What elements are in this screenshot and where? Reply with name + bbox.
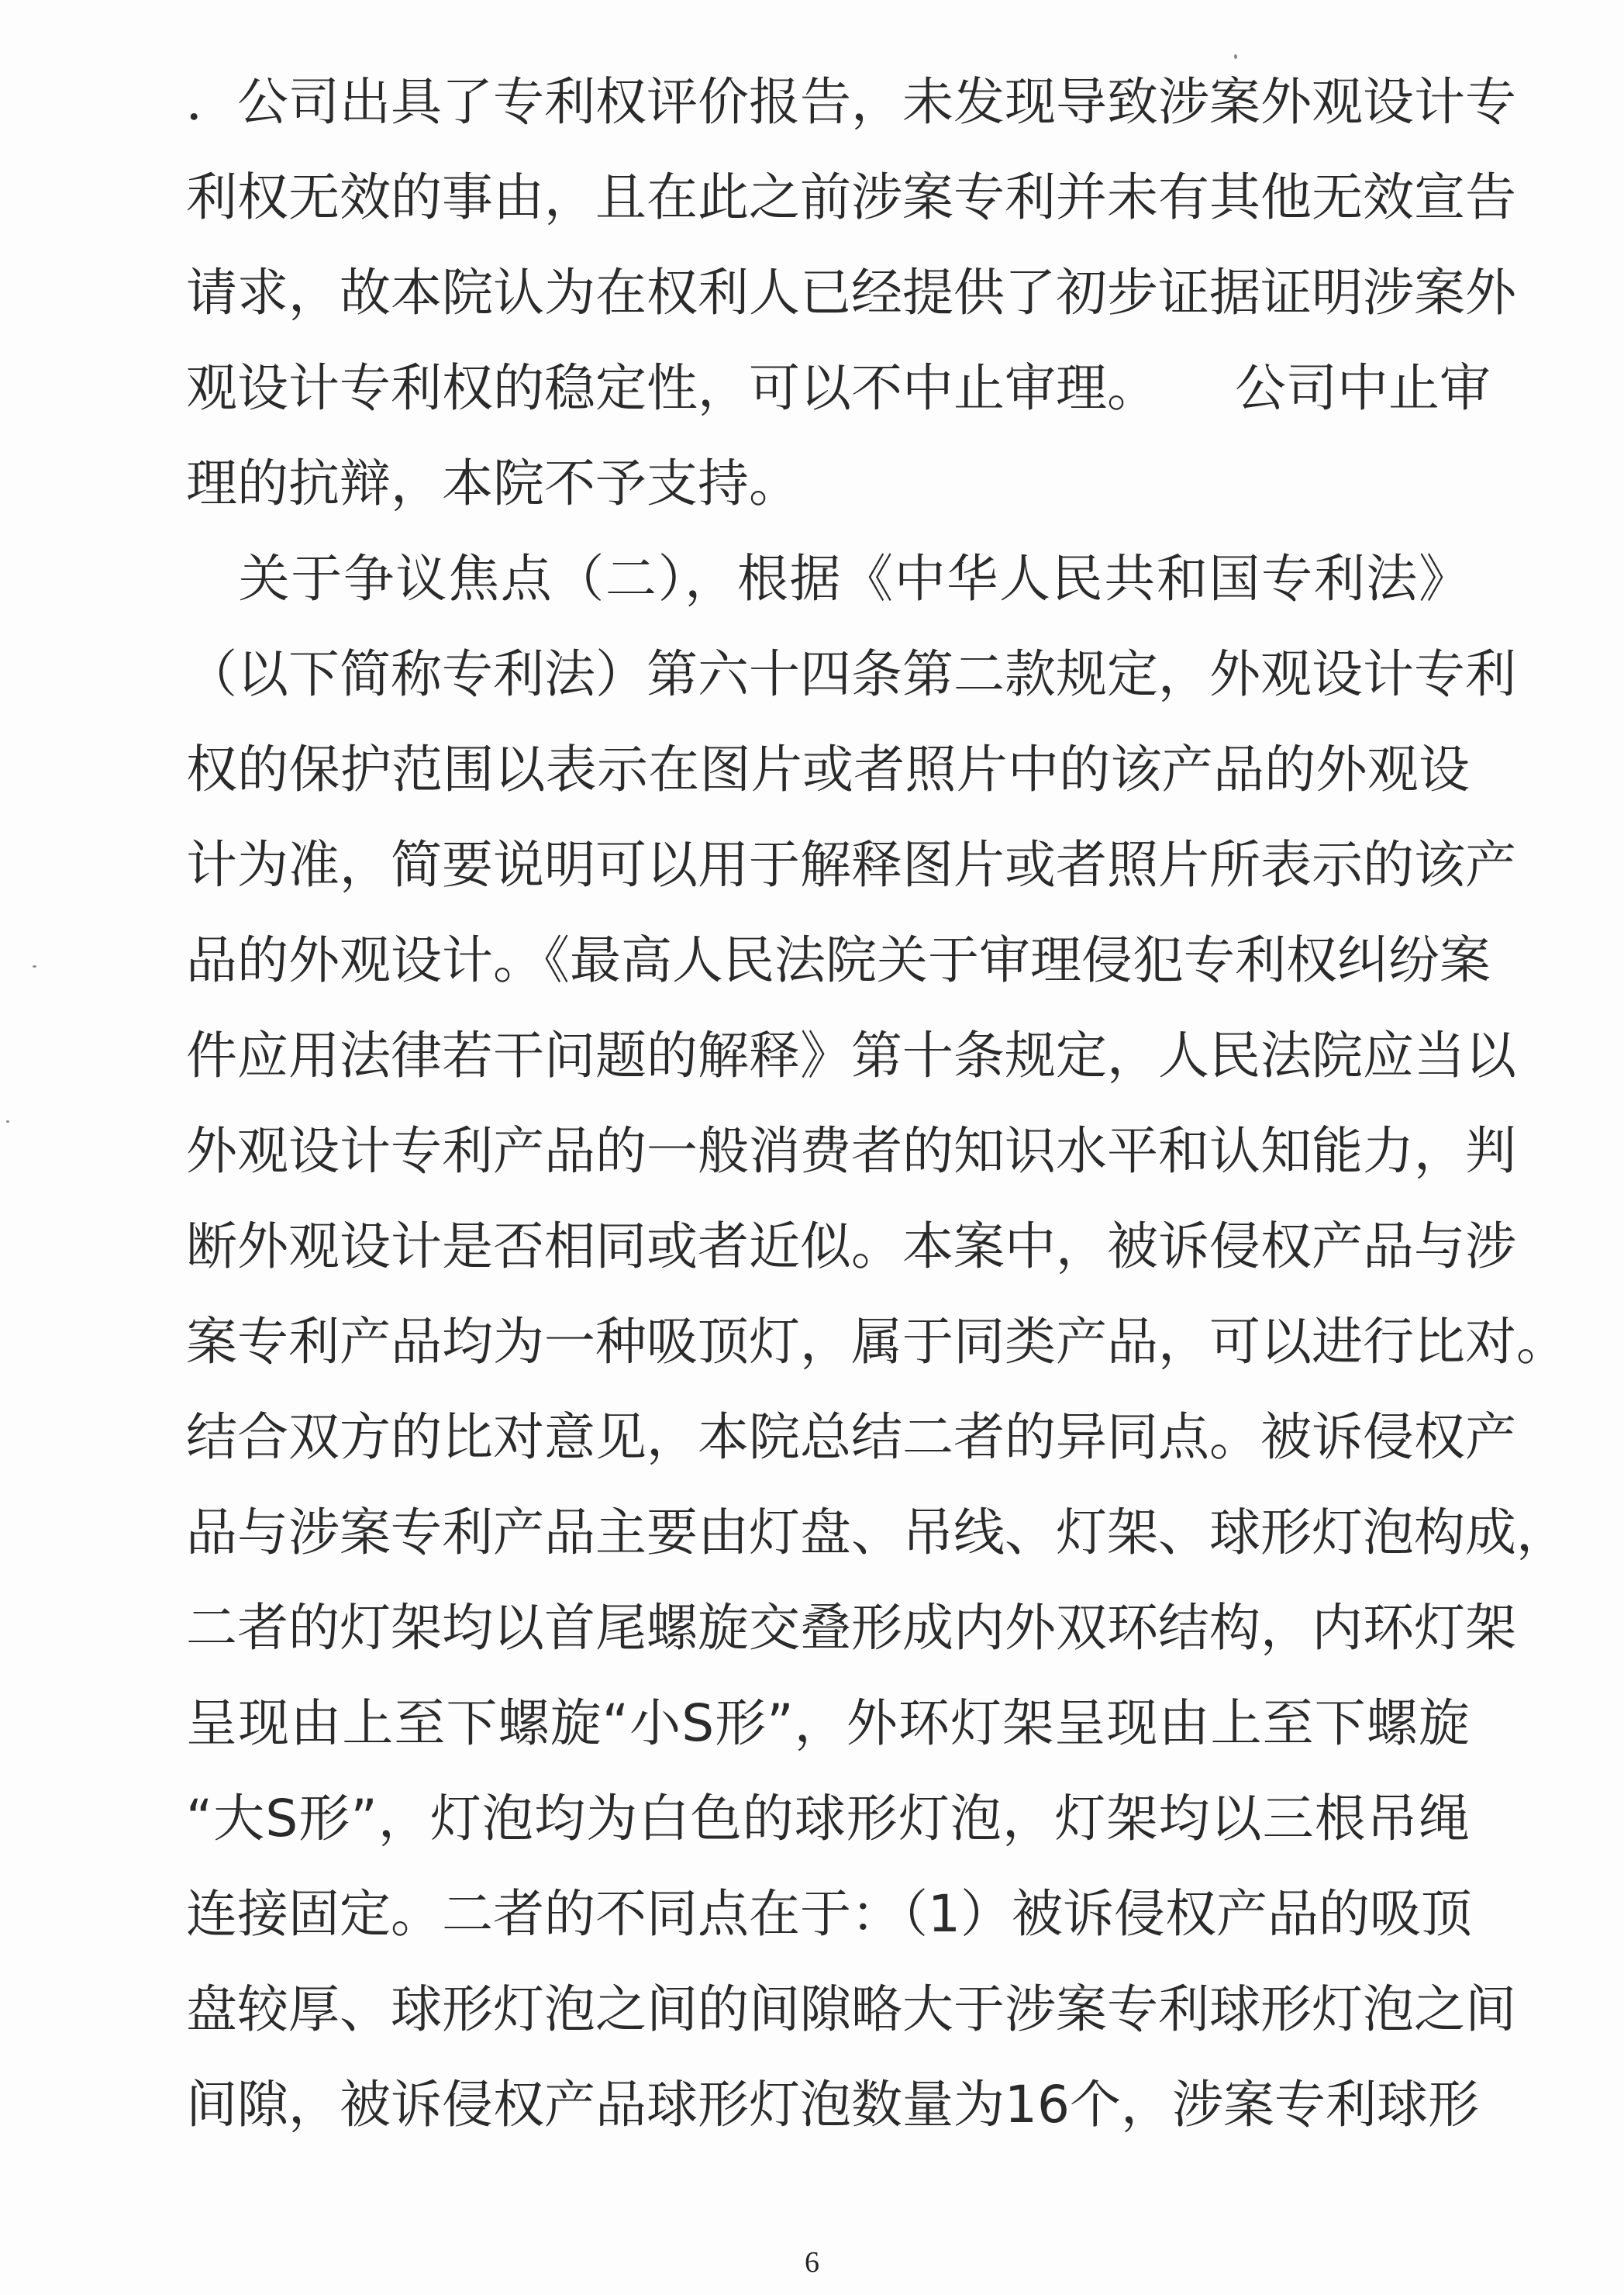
text-line: 请求，故本院认为在权利人已经提供了初步证据证明涉案外 bbox=[186, 256, 1470, 330]
text-line: 二者的灯架均以首尾螺旋交叠形成内外双环结构，内环灯架 bbox=[186, 1591, 1470, 1665]
scan-speck bbox=[6, 1120, 9, 1123]
text-line: 品与涉案专利产品主要由灯盘、吊线、灯架、球形灯泡构成， bbox=[186, 1496, 1470, 1570]
text-line: 结合双方的比对意见，本院总结二者的异同点。被诉侵权产 bbox=[186, 1400, 1470, 1475]
text-line: 断外观设计是否相同或者近似。本案中，被诉侵权产品与涉 bbox=[186, 1210, 1470, 1284]
text-line: 盘较厚、球形灯泡之间的间隙略大于涉案专利球形灯泡之间 bbox=[186, 1972, 1470, 2047]
text-line: 件应用法律若干问题的解释》第十条规定，人民法院应当以 bbox=[186, 1019, 1470, 1093]
text-line: 间隙，被诉侵权产品球形灯泡数量为16个，涉案专利球形 bbox=[186, 2068, 1470, 2142]
text-line: ．公司出具了专利权评价报告，未发现导致涉案外观设计专 bbox=[186, 65, 1470, 140]
text-line: 理的抗辩，本院不予支持。 bbox=[186, 447, 1470, 521]
text-line: 权的保护范围以表示在图片或者照片中的该产品的外观设 bbox=[186, 733, 1470, 807]
text-line: 品的外观设计。《最高人民法院关于审理侵犯专利权纠纷案 bbox=[186, 923, 1470, 998]
text-line: 关于争议焦点（二），根据《中华人民共和国专利法》 bbox=[186, 542, 1470, 616]
text-line: 利权无效的事由，且在此之前涉案专利并未有其他无效宣告 bbox=[186, 160, 1470, 235]
page-number: 6 bbox=[0, 2245, 1624, 2279]
text-line: “大S形”，灯泡均为白色的球形灯泡，灯架均以三根吊绳 bbox=[186, 1782, 1470, 1856]
text-line: 计为准，简要说明可以用于解释图片或者照片所表示的该产 bbox=[186, 828, 1470, 902]
document-page: ．公司出具了专利权评价报告，未发现导致涉案外观设计专 利权无效的事由，且在此之前… bbox=[0, 0, 1624, 2295]
text-line: 案专利产品均为一种吸顶灯，属于同类产品，可以进行比对。 bbox=[186, 1305, 1470, 1379]
text-line: 观设计专利权的稳定性，可以不中止审理。 公司中止审 bbox=[186, 351, 1470, 426]
text-line: 呈现由上至下螺旋“小S形”，外环灯架呈现由上至下螺旋 bbox=[186, 1686, 1470, 1761]
text-line: 外观设计专利产品的一般消费者的知识水平和认知能力，判 bbox=[186, 1114, 1470, 1189]
text-line: 连接固定。二者的不同点在于：（1）被诉侵权产品的吸顶 bbox=[186, 1877, 1470, 1952]
scan-speck bbox=[1234, 54, 1237, 59]
text-line: （以下简称专利法）第六十四条第二款规定，外观设计专利 bbox=[186, 637, 1470, 712]
scan-speck bbox=[33, 965, 36, 968]
